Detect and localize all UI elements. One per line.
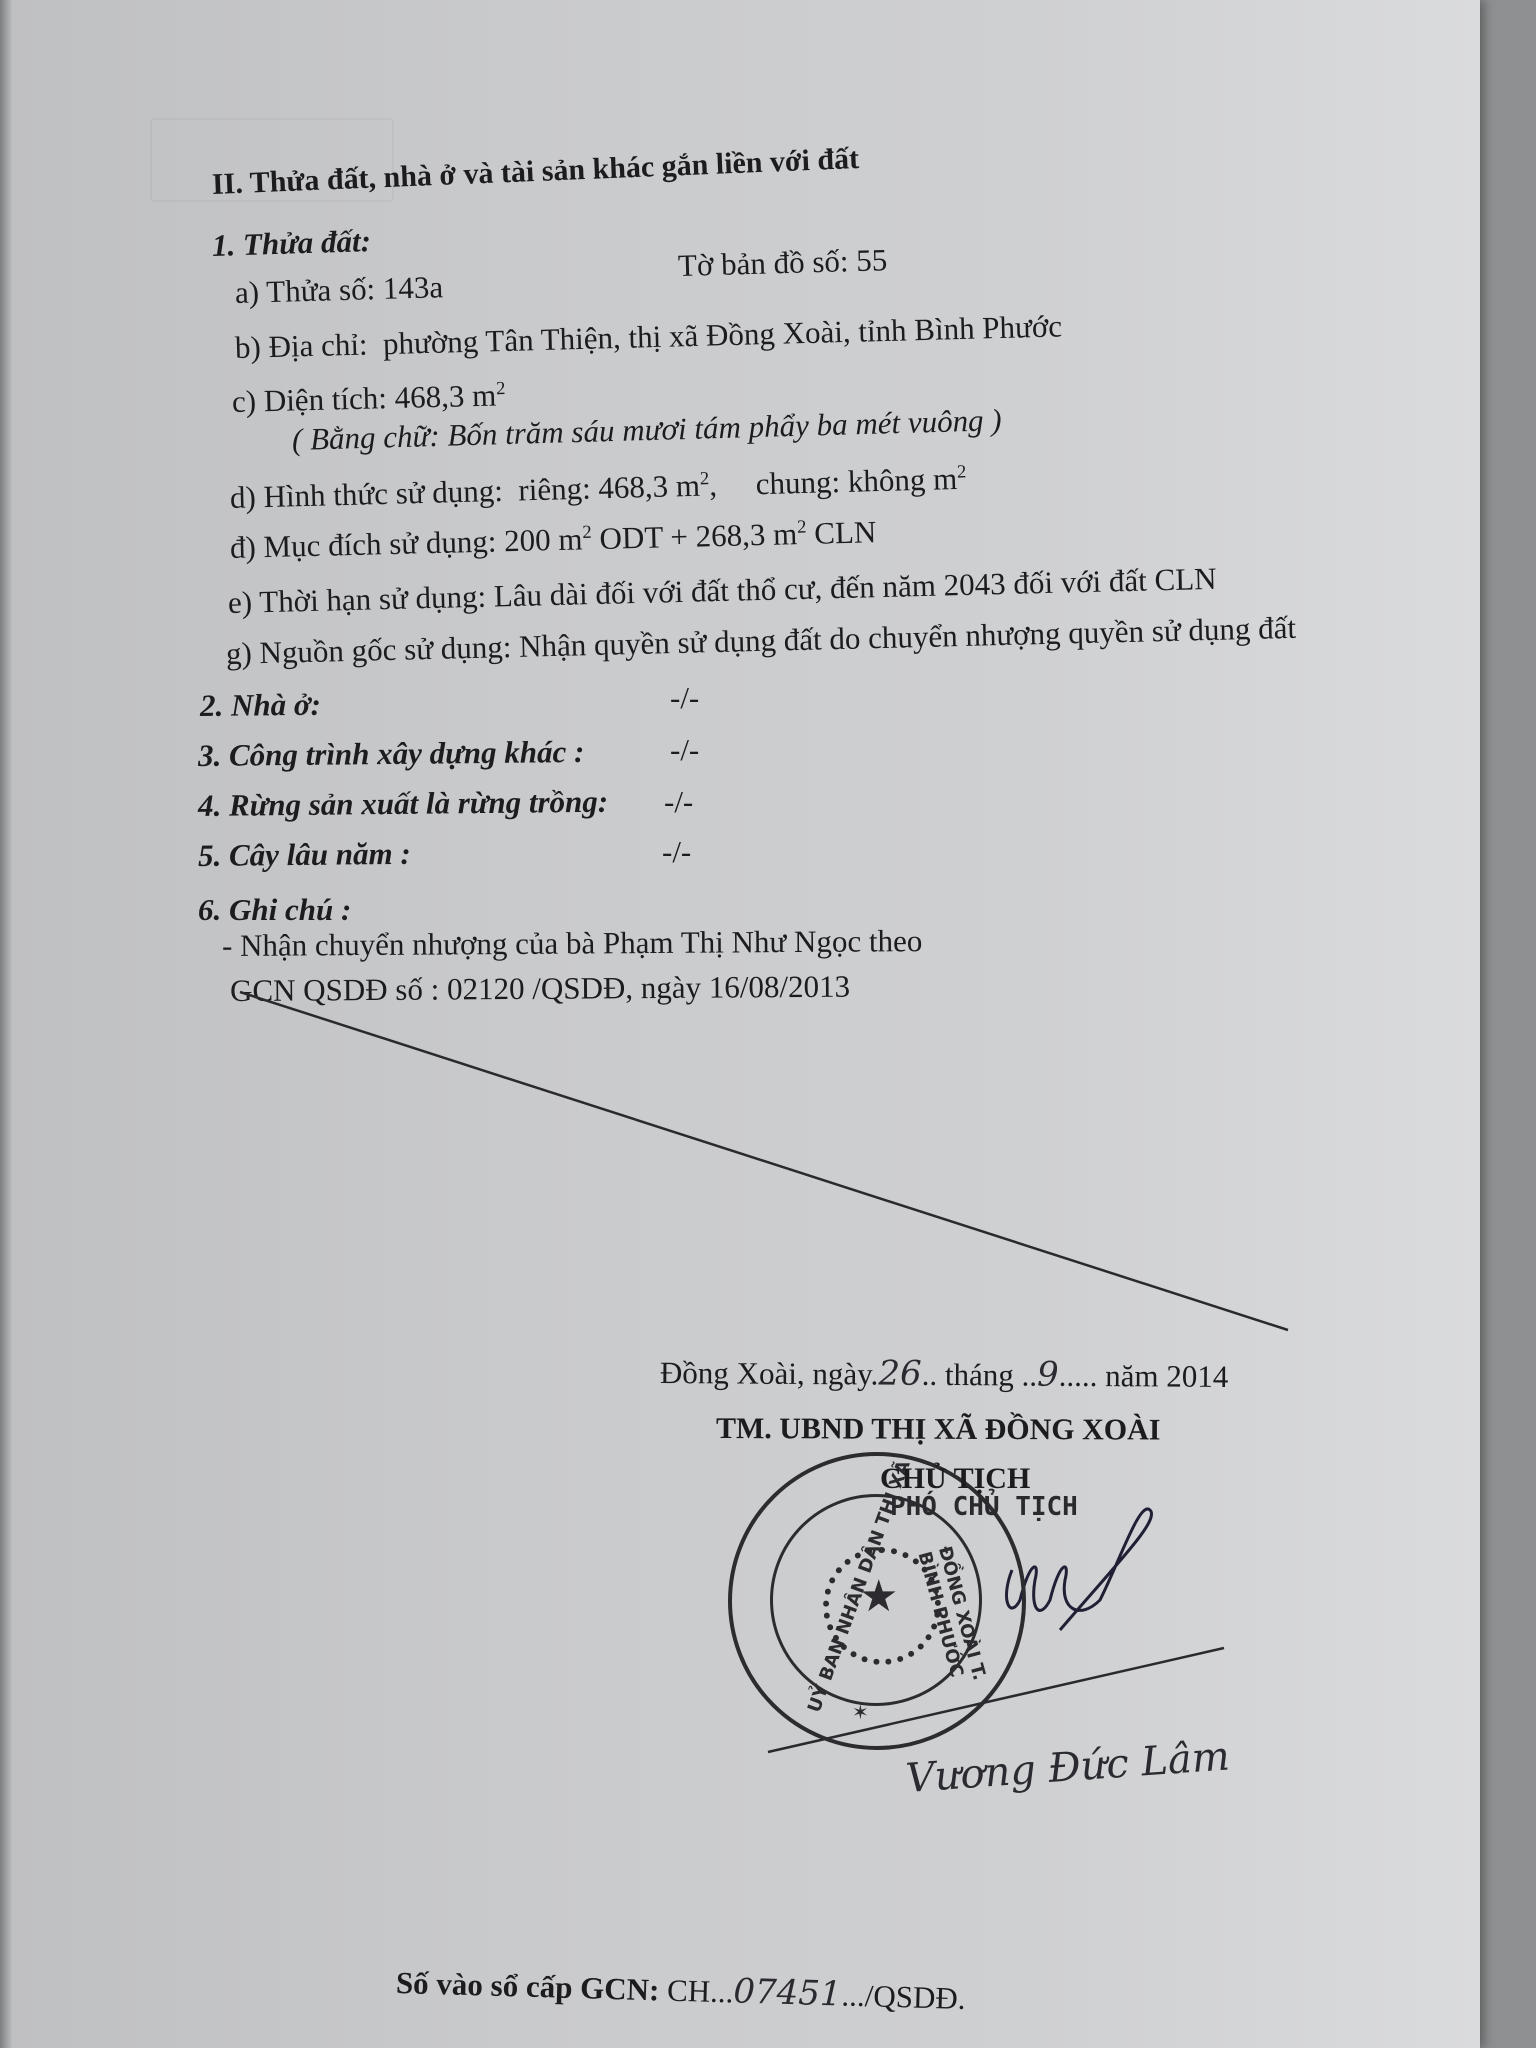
item-housing-label: 2. Nhà ở: (200, 687, 321, 724)
signer-name: Vương Đức Lâm (904, 1733, 1231, 1802)
plot-number-value: 143a (382, 269, 443, 306)
date-month-prefix: .. tháng .. (922, 1357, 1038, 1393)
area-value: 468,3 m (394, 378, 496, 415)
usage-form-shared: chung: không m (755, 461, 957, 501)
item-other-construction-value: -/- (670, 732, 699, 768)
address-label: b) Địa chỉ: (235, 327, 368, 365)
notes-line-1: - Nhận chuyển nhượng của bà Phạm Thị Như… (222, 923, 923, 964)
place-date-prefix: Đồng Xoài, ngày. (660, 1355, 879, 1392)
strike-lines (0, 0, 1536, 2048)
plot-number-label: a) Thửa số: (234, 271, 375, 310)
item-housing-value: -/- (670, 680, 699, 716)
signer-title: CHỦ TỊCH (880, 1462, 1030, 1496)
item-production-forest-label: 4. Rừng sản xuất là rừng trồng: (198, 784, 608, 824)
item-perennial-trees-value: -/- (662, 834, 691, 870)
registry-suffix: .../QSDĐ. (841, 1977, 966, 2015)
purpose-part2-sup: 2 (797, 517, 807, 538)
notes-heading: 6. Ghi chú : (198, 892, 351, 928)
stamped-title: PHÓ CHỦ TỊCH (890, 1492, 1078, 1522)
usage-purpose: đ) Mục đích sử dụng: 200 m2 ODT + 268,3 … (230, 514, 877, 566)
address: b) Địa chỉ: phường Tân Thiện, thị xã Đồn… (235, 308, 1063, 366)
area-label: c) Diện tích: (232, 380, 388, 419)
notes-line-2: GCN QSDĐ số : 02120 /QSDĐ, ngày 16/08/20… (230, 969, 850, 1009)
usage-term: e) Thời hạn sử dụng: Lâu dài đối với đất… (228, 561, 1217, 621)
place-date: Đồng Xoài, ngày.26.. tháng ..9..... năm … (660, 1352, 1229, 1396)
plot-number: a) Thửa số: 143a (234, 269, 443, 311)
registry-number: Số vào sổ cấp GCN: CH...07451.../QSDĐ. (395, 1962, 966, 2018)
shared-sup: 2 (957, 461, 967, 482)
usage-form-private: riêng: 468,3 m (518, 468, 701, 508)
registry-prefix: CH... (667, 1973, 734, 2010)
registry-number-value: 07451 (733, 1971, 842, 2014)
item-production-forest-value: -/- (664, 784, 693, 820)
registry-label: Số vào sổ cấp GCN: (395, 1965, 659, 2007)
certificate-page: II. Thửa đất, nhà ở và tài sản khác gắn … (0, 0, 1480, 2048)
date-month: 9 (1037, 1355, 1059, 1395)
date-year: ..... năm 2014 (1059, 1358, 1229, 1394)
item-perennial-trees-label: 5. Cây lâu năm : (198, 836, 411, 874)
item-other-construction-label: 3. Công trình xây dựng khác : (198, 734, 585, 774)
map-sheet-label: Tờ bản đồ số: (677, 243, 848, 283)
purpose-part3: CLN (806, 514, 877, 551)
usage-purpose-label: đ) Mục đích sử dụng: (230, 523, 497, 565)
area: c) Diện tích: 468,3 m2 (232, 377, 506, 420)
private-suffix: , (709, 467, 718, 502)
signature-stroke (1007, 1509, 1152, 1630)
usage-form-label: d) Hình thức sử dụng: (230, 473, 504, 515)
authority-title: TM. UBND THỊ XÃ ĐỒNG XOÀI (716, 1412, 1161, 1448)
map-sheet-value: 55 (856, 242, 888, 278)
usage-origin: g) Nguồn gốc sử dụng: Nhận quyền sử dụng… (226, 610, 1297, 672)
address-value: phường Tân Thiện, thị xã Đồng Xoài, tỉnh… (383, 308, 1063, 361)
purpose-part2: ODT + 268,3 m (591, 516, 797, 556)
date-day: 26 (878, 1354, 922, 1394)
land-plot-heading: 1. Thửa đất: (211, 223, 371, 264)
usage-form: d) Hình thức sử dụng: riêng: 468,3 m2, c… (230, 461, 967, 516)
purpose-part1-sup: 2 (582, 522, 592, 543)
seal-star-icon: ✶ (852, 1700, 869, 1724)
purpose-part1: 200 m (504, 521, 583, 558)
map-sheet: Tờ bản đồ số: 55 (677, 242, 887, 284)
area-unit-sup: 2 (496, 378, 506, 399)
